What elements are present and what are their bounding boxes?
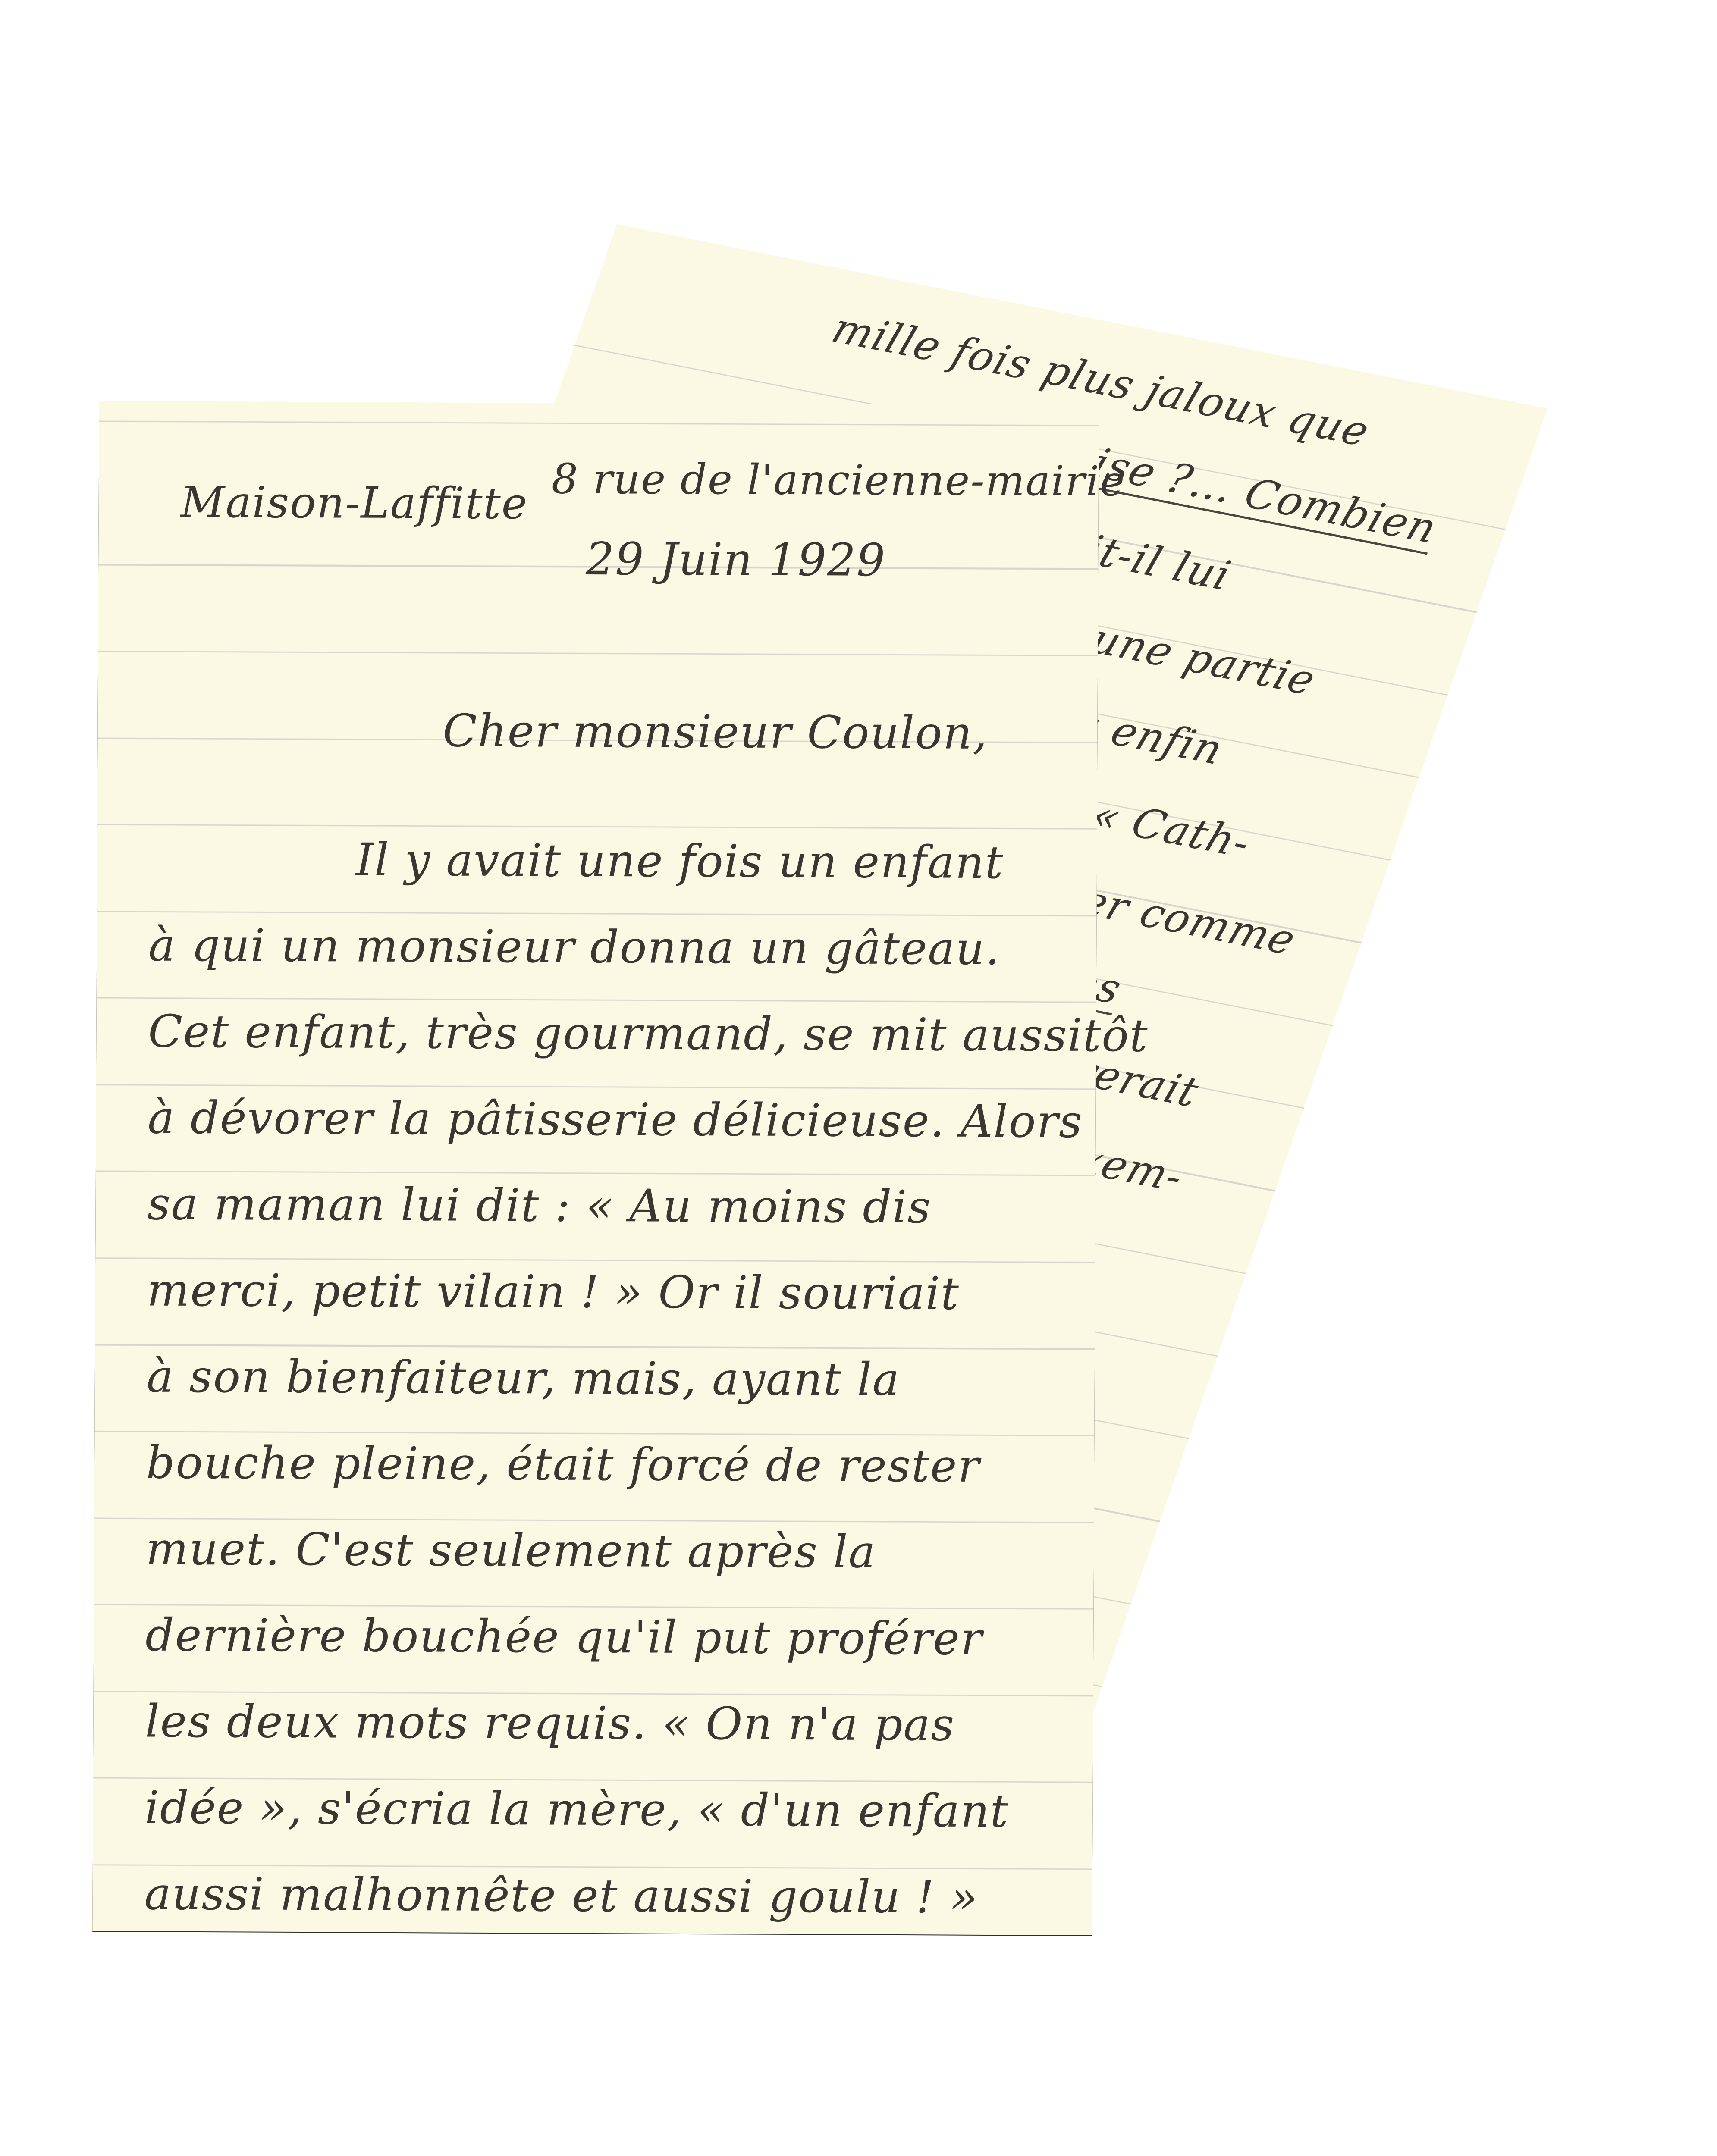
body-line: merci, petit vilain ! » Or il souriait bbox=[147, 1263, 960, 1319]
body-line: Il y avait une fois un enfant bbox=[356, 834, 1004, 889]
body-line: aussi malhonnête et aussi goulu ! » bbox=[144, 1867, 978, 1923]
body-line: muet. C'est seulement après la bbox=[146, 1522, 876, 1578]
body-line: sa maman lui dit : « Au moins dis bbox=[147, 1177, 932, 1233]
body-line: à qui un monsieur donna un gâteau. bbox=[148, 918, 1001, 975]
body-line: à son bienfaiteur, mais, ayant la bbox=[147, 1350, 901, 1406]
body-line: les deux mots requis. « On n'a pas bbox=[145, 1695, 955, 1751]
address-place: Maison-Laffitte bbox=[180, 477, 528, 529]
body-line: idée », s'écria la mère, « d'un enfant bbox=[144, 1781, 1009, 1837]
letter-sheet-front: Maison-Laffitte 8 rue de l'ancienne-mair… bbox=[92, 401, 1099, 1935]
letter-date: 29 Juin 1929 bbox=[586, 533, 886, 586]
body-line: Cet enfant, très gourmand, se mit aussit… bbox=[148, 1005, 1149, 1062]
body-line: à dévorer la pâtisserie délicieuse. Alor… bbox=[148, 1091, 1083, 1147]
address-street: 8 rue de l'ancienne-mairie bbox=[552, 455, 1126, 506]
body-line: dernière bouchée qu'il put proférer bbox=[145, 1608, 983, 1664]
salutation: Cher monsieur Coulon, bbox=[443, 704, 988, 759]
body-line: bouche pleine, était forcé de rester bbox=[146, 1436, 980, 1492]
